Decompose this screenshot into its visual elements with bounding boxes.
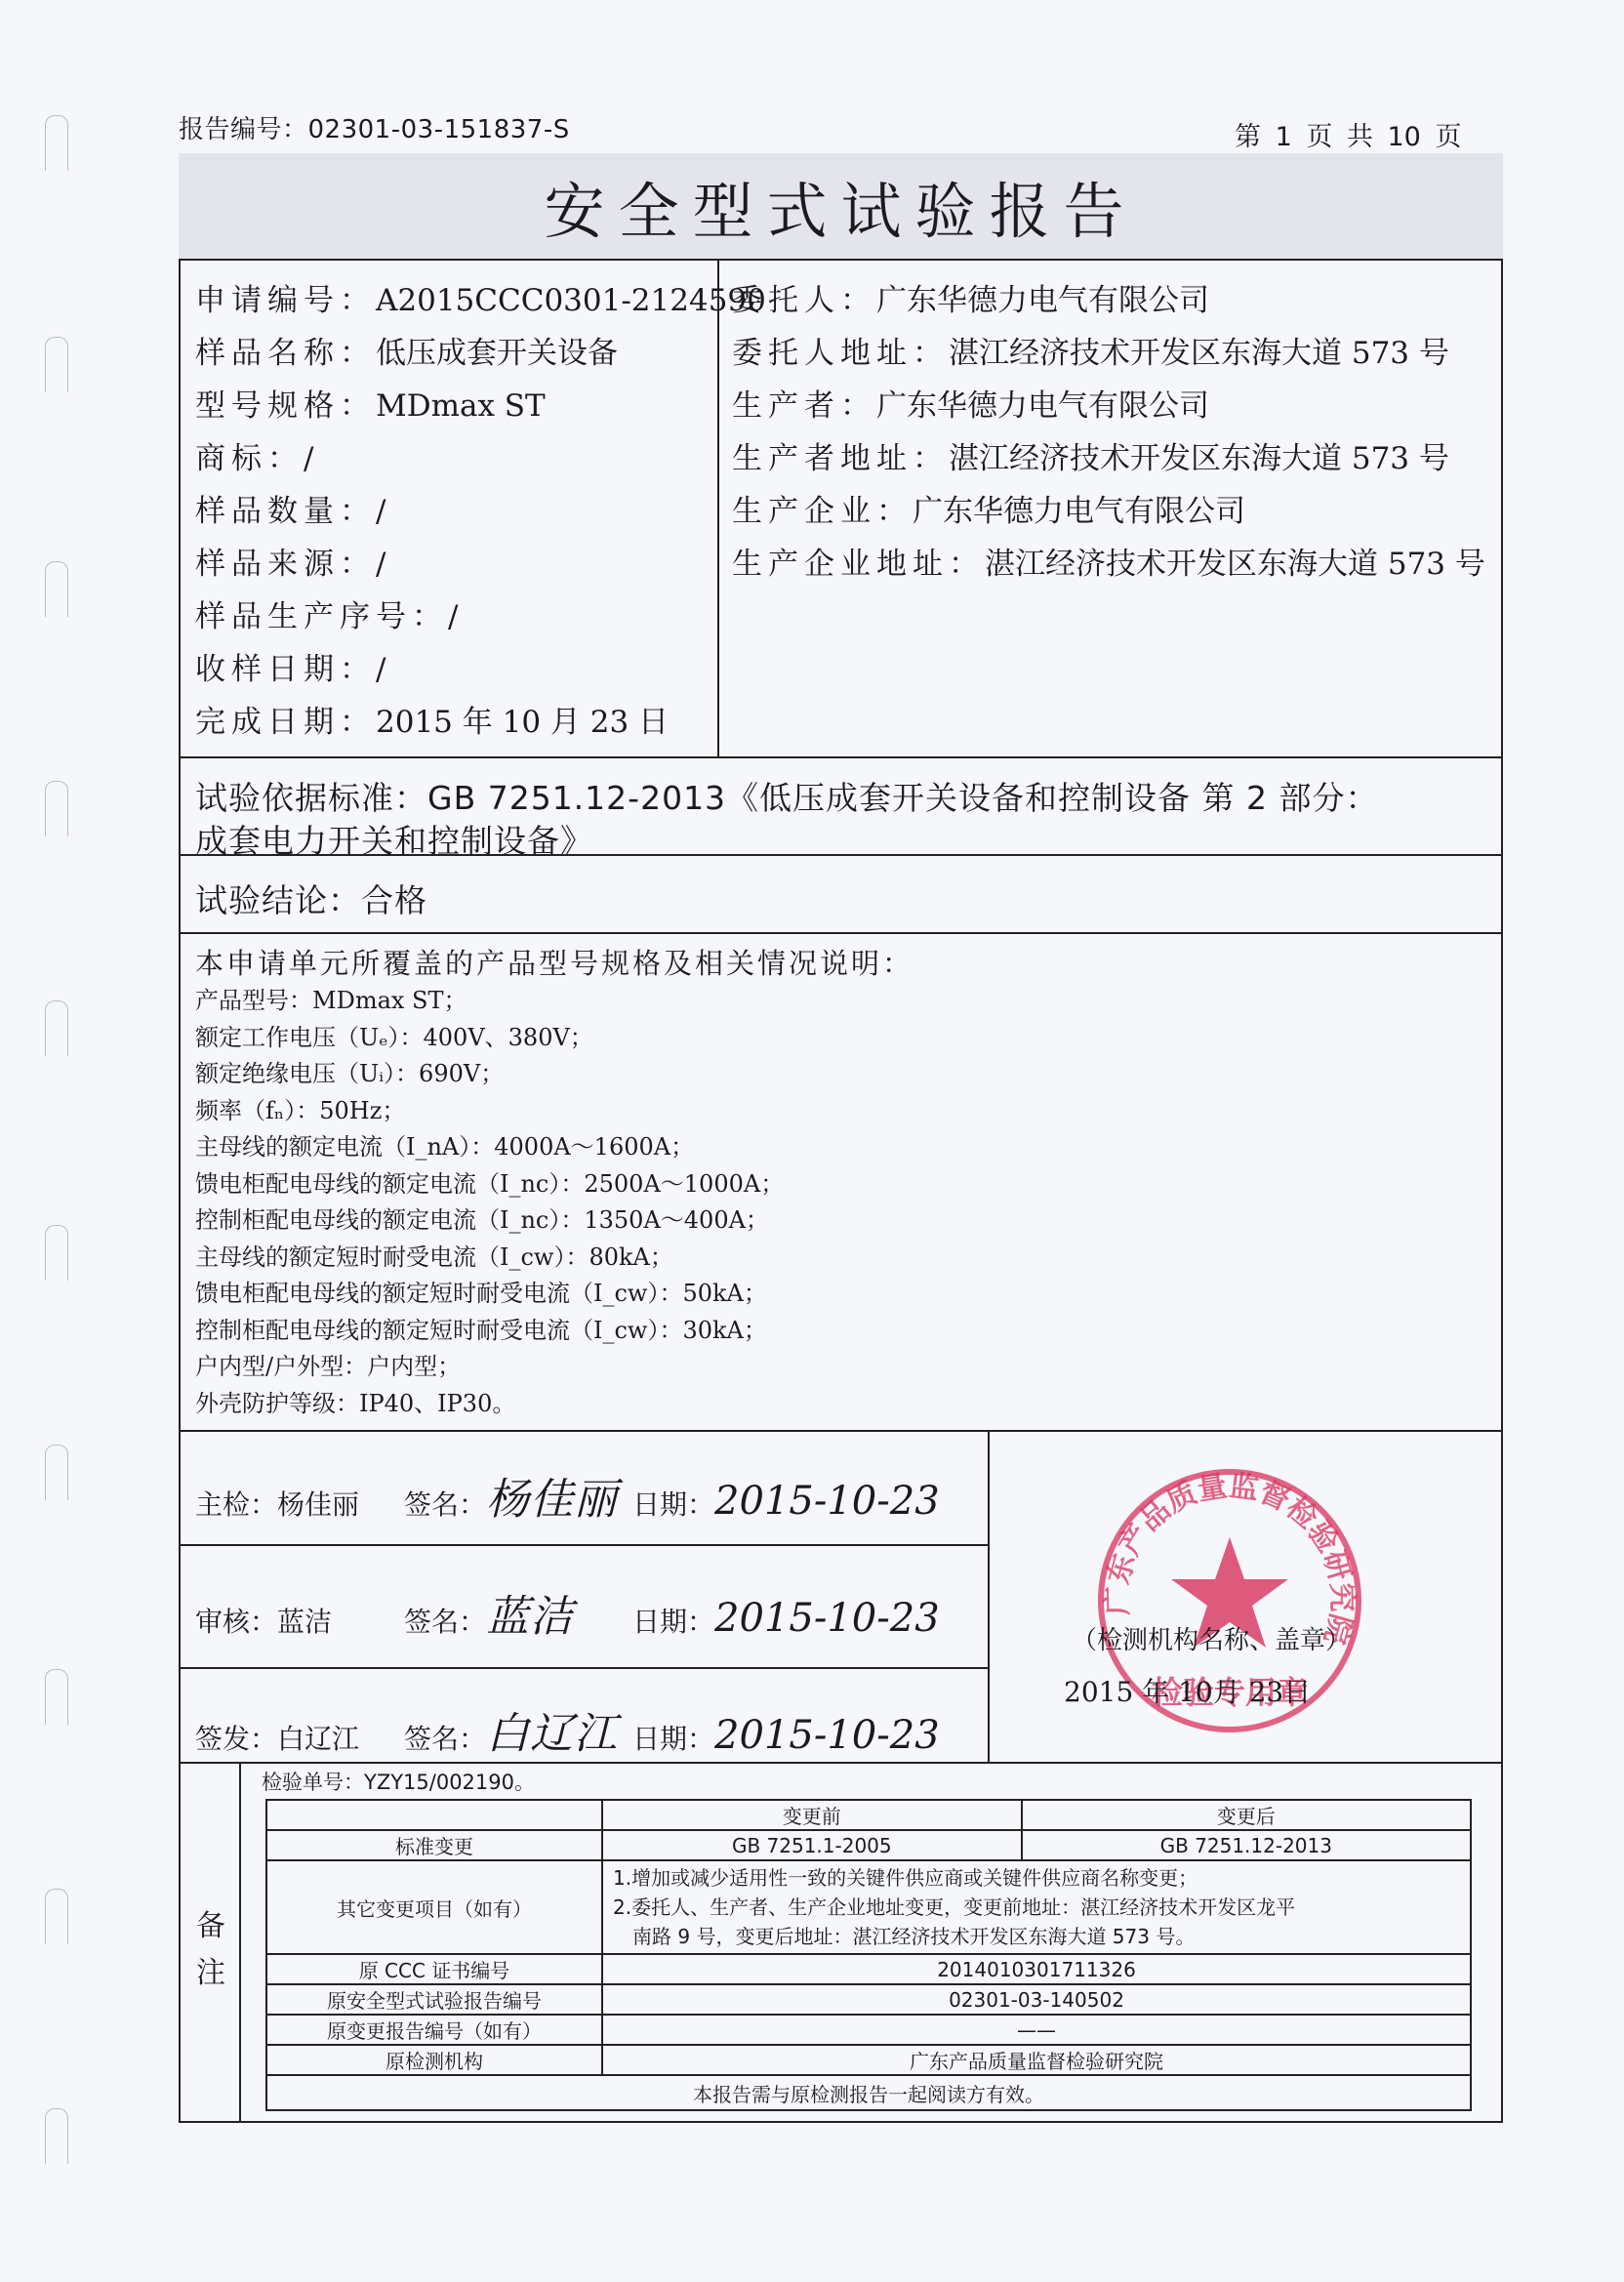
- remarks-char: 备: [191, 1903, 230, 1950]
- report-number-value: 02301-03-151837-S: [308, 115, 570, 144]
- header-cell: [266, 1800, 602, 1830]
- column-divider: [717, 259, 719, 756]
- info-field: 样品来源：/: [195, 539, 386, 583]
- row-value: 广东产品质量监督检验研究院: [602, 2045, 1471, 2075]
- field-label: 完成日期：: [195, 705, 376, 740]
- handwritten-signature: 杨佳丽: [486, 1464, 632, 1527]
- spec-line: 频率（fₙ）：50Hz；: [195, 1091, 405, 1125]
- divider: [179, 932, 1503, 934]
- cell-before: GB 7251.1-2005: [602, 1830, 1022, 1860]
- spec-line: 额定绝缘电压（Uᵢ）：690V；: [195, 1054, 504, 1088]
- other-changes-cell: 1.增加或减少适用性一致的关键件供应商或关键件供应商名称变更； 2.委托人、生产…: [602, 1860, 1471, 1954]
- field-label: 生产企业地址：: [732, 547, 985, 582]
- report-number-label: 报告编号：: [179, 115, 308, 144]
- sign-label: 签名：: [404, 1606, 486, 1638]
- field-label: 商标：: [195, 441, 304, 476]
- binder-hole-mark: [45, 1889, 68, 1944]
- role-label: 签发：: [195, 1723, 277, 1755]
- remarks-label: 备 注: [191, 1903, 230, 1997]
- field-label: 型号规格：: [195, 388, 376, 424]
- field-label: 生产企业：: [732, 494, 913, 529]
- info-field: 商标：/: [195, 433, 313, 477]
- table-row: 原安全型式试验报告编号 02301-03-140502: [266, 1984, 1471, 2015]
- date-label: 日期：: [632, 1488, 714, 1521]
- spec-line: 户内型/户外型：户内型；: [195, 1347, 461, 1381]
- footer-note: 本报告需与原检测报告一起阅读方有效。: [266, 2075, 1471, 2110]
- change-table: 变更前 变更后 标准变更 GB 7251.1-2005 GB 7251.12-2…: [265, 1799, 1472, 2111]
- stamp-caption: （检测机构名称、盖章）: [1072, 1620, 1351, 1656]
- handwritten-date: 2015-10-23: [714, 1596, 940, 1641]
- binder-hole-mark: [45, 561, 68, 617]
- handwritten-date: 2015-10-23: [714, 1479, 940, 1524]
- handwritten-signature: 蓝洁: [486, 1581, 632, 1644]
- conclusion-label: 试验结论：: [195, 881, 361, 919]
- title-box: 安全型式试验报告: [179, 153, 1503, 261]
- cell-after: GB 7251.12-2013: [1022, 1830, 1471, 1860]
- table-header-row: 变更前 变更后: [266, 1800, 1471, 1830]
- field-label: 生产者地址：: [732, 441, 949, 476]
- table-row: 原 CCC 证书编号 2014010301711326: [266, 1954, 1471, 1984]
- sign-label: 签名：: [404, 1488, 486, 1521]
- inspector-name: 蓝洁: [277, 1601, 404, 1640]
- test-conclusion: 试验结论：合格: [195, 876, 427, 921]
- row-label: 原安全型式试验报告编号: [266, 1984, 602, 2015]
- field-value: 广东华德力电气有限公司: [913, 494, 1245, 529]
- spec-line: 产品型号：MDmax ST；: [195, 981, 467, 1015]
- field-value: A2015CCC0301-2124590: [376, 283, 766, 318]
- divider: [179, 1430, 1503, 1432]
- info-field: 生产者地址：湛江经济技术开发区东海大道 573 号: [732, 433, 1449, 477]
- binder-hole-mark: [45, 337, 68, 392]
- info-field: 型号规格：MDmax ST: [195, 381, 546, 425]
- field-label: 生产者：: [732, 388, 876, 424]
- role-label: 审核：: [195, 1606, 277, 1638]
- divider: [179, 756, 1503, 758]
- row-value: 02301-03-140502: [602, 1984, 1471, 2015]
- handwritten-date: 2015-10-23: [714, 1713, 940, 1758]
- change-line: 2.委托人、生产者、生产企业地址变更，变更前地址：湛江经济技术开发区龙平: [613, 1893, 1460, 1922]
- row-label: 原变更报告编号（如有）: [266, 2015, 602, 2045]
- field-value: 广东华德力电气有限公司: [876, 283, 1209, 318]
- field-value: /: [304, 441, 313, 476]
- field-value: MDmax ST: [376, 388, 546, 424]
- report-number: 报告编号：02301-03-151837-S: [179, 109, 570, 145]
- field-value: 低压成套开关设备: [376, 336, 618, 371]
- role-label: 主检：: [195, 1488, 277, 1521]
- divider: [179, 1667, 988, 1669]
- divider: [179, 1544, 988, 1546]
- field-label: 收样日期：: [195, 652, 376, 687]
- signature-row: 签发：白辽江签名：白辽江日期：2015-10-23: [195, 1698, 940, 1761]
- inspection-number: 检验单号：YZY15/002190。: [262, 1767, 535, 1796]
- divider: [179, 1762, 1503, 1764]
- change-line: 1.增加或减少适用性一致的关键件供应商或关键件供应商名称变更；: [613, 1863, 1460, 1893]
- spec-line: 主母线的额定短时耐受电流（I_cw）：80kA；: [195, 1238, 673, 1272]
- field-label: 样品数量：: [195, 494, 376, 529]
- signature-row: 主检：杨佳丽签名：杨佳丽日期：2015-10-23: [195, 1464, 940, 1527]
- spec-line: 外壳防护等级：IP40、IP30。: [195, 1384, 515, 1418]
- binder-hole-mark: [45, 1669, 68, 1725]
- field-label: 样品来源：: [195, 547, 376, 582]
- field-label: 委托人：: [732, 283, 876, 318]
- field-value: 湛江经济技术开发区东海大道 573 号: [949, 336, 1449, 371]
- page-title: 安全型式试验报告: [544, 163, 1137, 250]
- info-field: 生产企业地址：湛江经济技术开发区东海大道 573 号: [732, 539, 1485, 583]
- binder-hole-mark: [45, 1000, 68, 1056]
- signature-row: 审核：蓝洁签名：蓝洁日期：2015-10-23: [195, 1581, 940, 1644]
- conclusion-value: 合格: [361, 881, 427, 919]
- field-label: 申请编号：: [195, 283, 376, 318]
- header-cell: 变更后: [1022, 1800, 1471, 1830]
- info-field: 样品生产序号：/: [195, 591, 458, 635]
- stamp-date: 2015 年 10月 23日: [1064, 1671, 1311, 1710]
- row-label: 原 CCC 证书编号: [266, 1954, 602, 1984]
- field-label: 委托人地址：: [732, 336, 949, 371]
- info-field: 委托人：广东华德力电气有限公司: [732, 275, 1209, 319]
- table-row: 原变更报告编号（如有） ——: [266, 2015, 1471, 2045]
- field-value: 广东华德力电气有限公司: [876, 388, 1209, 424]
- table-row: 原检测机构 广东产品质量监督检验研究院: [266, 2045, 1471, 2075]
- spec-line: 馈电柜配电母线的额定电流（I_nc）：2500A～1000A；: [195, 1164, 784, 1199]
- divider: [179, 854, 1503, 856]
- field-value: 湛江经济技术开发区东海大道 573 号: [949, 441, 1449, 476]
- field-value: /: [376, 547, 386, 582]
- spec-line: 控制柜配电母线的额定电流（I_nc）：1350A～400A；: [195, 1201, 769, 1235]
- binder-hole-mark: [45, 1445, 68, 1500]
- info-field: 生产者：广东华德力电气有限公司: [732, 381, 1209, 425]
- row-label: 标准变更: [266, 1830, 602, 1860]
- info-field: 收样日期：/: [195, 644, 386, 688]
- page-info: 第 1 页 共 10 页: [1235, 115, 1461, 153]
- field-label: 样品生产序号：: [195, 599, 448, 634]
- table-footer-row: 本报告需与原检测报告一起阅读方有效。: [266, 2075, 1471, 2110]
- binder-hole-mark: [45, 781, 68, 836]
- info-field: 委托人地址：湛江经济技术开发区东海大道 573 号: [732, 328, 1449, 372]
- binder-hole-mark: [45, 2108, 68, 2164]
- info-field: 完成日期：2015 年 10 月 23 日: [195, 697, 669, 741]
- header-cell: 变更前: [602, 1800, 1022, 1830]
- info-field: 生产企业：广东华德力电气有限公司: [732, 486, 1245, 530]
- row-value: ——: [602, 2015, 1471, 2045]
- field-value: /: [448, 599, 458, 634]
- row-value: 2014010301711326: [602, 1954, 1471, 1984]
- date-label: 日期：: [632, 1723, 714, 1755]
- spec-heading: 本申请单元所覆盖的产品型号规格及相关情况说明：: [195, 942, 913, 982]
- test-standard-line1: 试验依据标准：GB 7251.12-2013《低压成套开关设备和控制设备 第 2…: [195, 773, 1379, 819]
- row-label: 原检测机构: [266, 2045, 602, 2075]
- spec-line: 主母线的额定电流（I_nA）：4000A～1600A；: [195, 1127, 694, 1161]
- row-label: 其它变更项目（如有）: [266, 1860, 602, 1954]
- binder-hole-mark: [45, 1225, 68, 1281]
- change-line: 南路 9 号，变更后地址：湛江经济技术开发区东海大道 573 号。: [613, 1922, 1460, 1951]
- field-value: /: [376, 652, 386, 687]
- binder-hole-mark: [45, 115, 68, 171]
- table-row: 标准变更 GB 7251.1-2005 GB 7251.12-2013: [266, 1830, 1471, 1860]
- signature-divider: [988, 1430, 990, 1762]
- info-field: 申请编号：A2015CCC0301-2124590: [195, 275, 766, 319]
- handwritten-signature: 白辽江: [486, 1698, 632, 1761]
- spec-line: 控制柜配电母线的额定短时耐受电流（I_cw）：30kA；: [195, 1311, 767, 1345]
- spec-line: 馈电柜配电母线的额定短时耐受电流（I_cw）：50kA；: [195, 1274, 767, 1308]
- remarks-char: 注: [191, 1950, 230, 1997]
- field-value: /: [376, 494, 386, 529]
- inspector-name: 杨佳丽: [277, 1484, 404, 1523]
- info-field: 样品数量：/: [195, 486, 386, 530]
- field-label: 样品名称：: [195, 336, 376, 371]
- remarks-divider: [239, 1762, 241, 2123]
- field-value: 2015 年 10 月 23 日: [376, 705, 669, 740]
- date-label: 日期：: [632, 1606, 714, 1638]
- table-row: 其它变更项目（如有） 1.增加或减少适用性一致的关键件供应商或关键件供应商名称变…: [266, 1860, 1471, 1954]
- spec-line: 额定工作电压（Uₑ）：400V、380V；: [195, 1018, 593, 1052]
- sign-label: 签名：: [404, 1723, 486, 1755]
- info-field: 样品名称：低压成套开关设备: [195, 328, 618, 372]
- inspector-name: 白辽江: [277, 1718, 404, 1757]
- field-value: 湛江经济技术开发区东海大道 573 号: [985, 547, 1485, 582]
